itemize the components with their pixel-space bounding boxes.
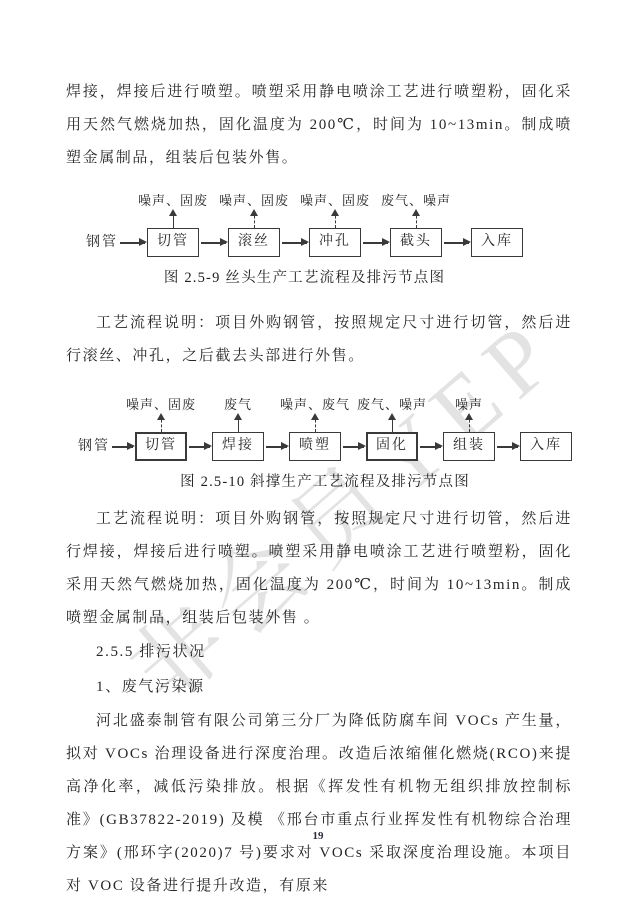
document-page: 非会员YEP 焊接，焊接后进行喷塑。喷塑采用静电喷涂工艺进行喷塑粉，固化采用天然…: [0, 0, 636, 900]
pollutant-label: 噪声、废气: [280, 394, 350, 413]
flow-arrow-icon: [189, 446, 210, 448]
emission-arrow-icon: [173, 211, 174, 228]
emission-arrow-icon: [335, 211, 336, 228]
pollutant-label: 废气、噪声: [381, 190, 451, 209]
flow-node-warehouse: 入库: [471, 228, 523, 257]
flow-node-punching: 噪声、固废 冲孔: [309, 211, 361, 257]
emission-arrow-icon: [392, 415, 393, 432]
emission-arrow-icon: [315, 415, 316, 432]
process-box: 喷塑: [289, 432, 341, 461]
flow-node-thread-rolling: 噪声、固废 滚丝: [228, 211, 280, 257]
flow-node-cut-pipe: 噪声、固废 切管: [135, 415, 187, 461]
pollutant-label: 噪声、固废: [126, 394, 196, 413]
process-box: 焊接: [212, 432, 264, 461]
process-box: 入库: [520, 432, 572, 461]
document-content: 焊接，焊接后进行喷塑。喷塑采用静电喷涂工艺进行喷塑粉，固化采用天然气燃烧加热，固…: [66, 76, 572, 900]
page-number: 19: [0, 830, 636, 842]
flow-node-cut-head: 废气、噪声 截头: [390, 211, 442, 257]
flowchart-diagonal-brace: 钢管 噪声、固废 切管 废气 焊接 噪声、废气 喷塑: [78, 389, 572, 491]
pollutant-label: 噪声、固废: [300, 190, 370, 209]
process-box: 滚丝: [228, 228, 280, 257]
emission-arrow-icon: [416, 211, 417, 228]
paragraph-vocs-treatment: 河北盛泰制管有限公司第三分厂为降低防腐车间 VOCs 产生量，拟对 VOCs 治…: [66, 705, 572, 900]
process-box: 切管: [135, 432, 187, 461]
paragraph-process-note-1: 工艺流程说明：项目外购钢管，按照规定尺寸进行切管，然后进行滚丝、冲孔，之后截去头…: [66, 307, 572, 373]
process-box: 冲孔: [309, 228, 361, 257]
flow-arrow-icon: [120, 242, 145, 244]
flow-input-label: 钢管: [78, 435, 110, 455]
flow-node-curing: 废气、噪声 固化: [366, 415, 418, 461]
emission-arrow-icon: [254, 211, 255, 228]
flowchart-screw-head: 钢管 噪声、固废 切管 噪声、固废 滚丝 噪声、固废 冲孔: [86, 185, 523, 287]
flow-input-label: 钢管: [86, 231, 118, 251]
process-box: 切管: [147, 228, 199, 257]
flow-arrow-icon: [343, 446, 364, 448]
pollutant-label: 噪声、固废: [219, 190, 289, 209]
flow-node-powder-coating: 噪声、废气 喷塑: [289, 415, 341, 461]
process-box: 固化: [366, 432, 418, 461]
flow-arrow-icon: [420, 446, 441, 448]
pollutant-label: 噪声、固废: [138, 190, 208, 209]
flow-arrow-icon: [266, 446, 287, 448]
pollutant-label: 噪声: [455, 394, 483, 413]
flow-arrow-icon: [363, 242, 388, 244]
flow-node-warehouse: 入库: [520, 432, 572, 461]
section-heading-2-5-5: 2.5.5 排污状况: [66, 635, 572, 670]
pollutant-label: 废气、噪声: [357, 394, 427, 413]
figure-caption-2-5-9: 图 2.5-9 丝头生产工艺流程及排污节点图: [86, 266, 523, 287]
flow-arrow-icon: [112, 446, 133, 448]
figure-caption-2-5-10: 图 2.5-10 斜撑生产工艺流程及排污节点图: [78, 470, 572, 491]
flow-arrow-icon: [444, 242, 469, 244]
process-box: 组装: [443, 432, 495, 461]
subsection-heading-waste-gas: 1、废气污染源: [66, 670, 572, 705]
flow-node-cut-pipe: 噪声、固废 切管: [147, 211, 199, 257]
process-box: 入库: [471, 228, 523, 257]
flow-node-welding: 废气 焊接: [212, 415, 264, 461]
pollutant-label: 废气: [224, 394, 252, 413]
emission-arrow-icon: [238, 415, 239, 432]
flowchart-row: 钢管 噪声、固废 切管 噪声、固废 滚丝 噪声、固废 冲孔: [86, 185, 523, 257]
emission-arrow-icon: [469, 415, 470, 432]
process-box: 截头: [390, 228, 442, 257]
paragraph-weld-spray: 焊接，焊接后进行喷塑。喷塑采用静电喷涂工艺进行喷塑粉，固化采用天然气燃烧加热，固…: [66, 76, 572, 175]
flow-arrow-icon: [201, 242, 226, 244]
flow-node-assembly: 噪声 组装: [443, 415, 495, 461]
flow-arrow-icon: [282, 242, 307, 244]
flow-arrow-icon: [497, 446, 518, 448]
paragraph-process-note-2: 工艺流程说明：项目外购钢管，按照规定尺寸进行切管，然后进行焊接，焊接后进行喷塑。…: [66, 503, 572, 635]
flowchart-row: 钢管 噪声、固废 切管 废气 焊接 噪声、废气 喷塑: [78, 389, 572, 461]
emission-arrow-icon: [161, 415, 162, 432]
